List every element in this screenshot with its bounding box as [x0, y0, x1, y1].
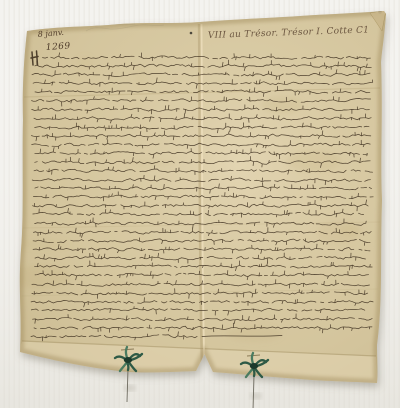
document-photo: 8 janv. 1269 VIII au Trésor. Trésor I. C… — [0, 0, 400, 408]
parchment-hole — [190, 32, 193, 35]
date-annotation-year: 1269 — [46, 41, 72, 53]
photo-of-parchment-charter: 8 janv. 1269 VIII au Trésor. Trésor I. C… — [0, 0, 400, 408]
